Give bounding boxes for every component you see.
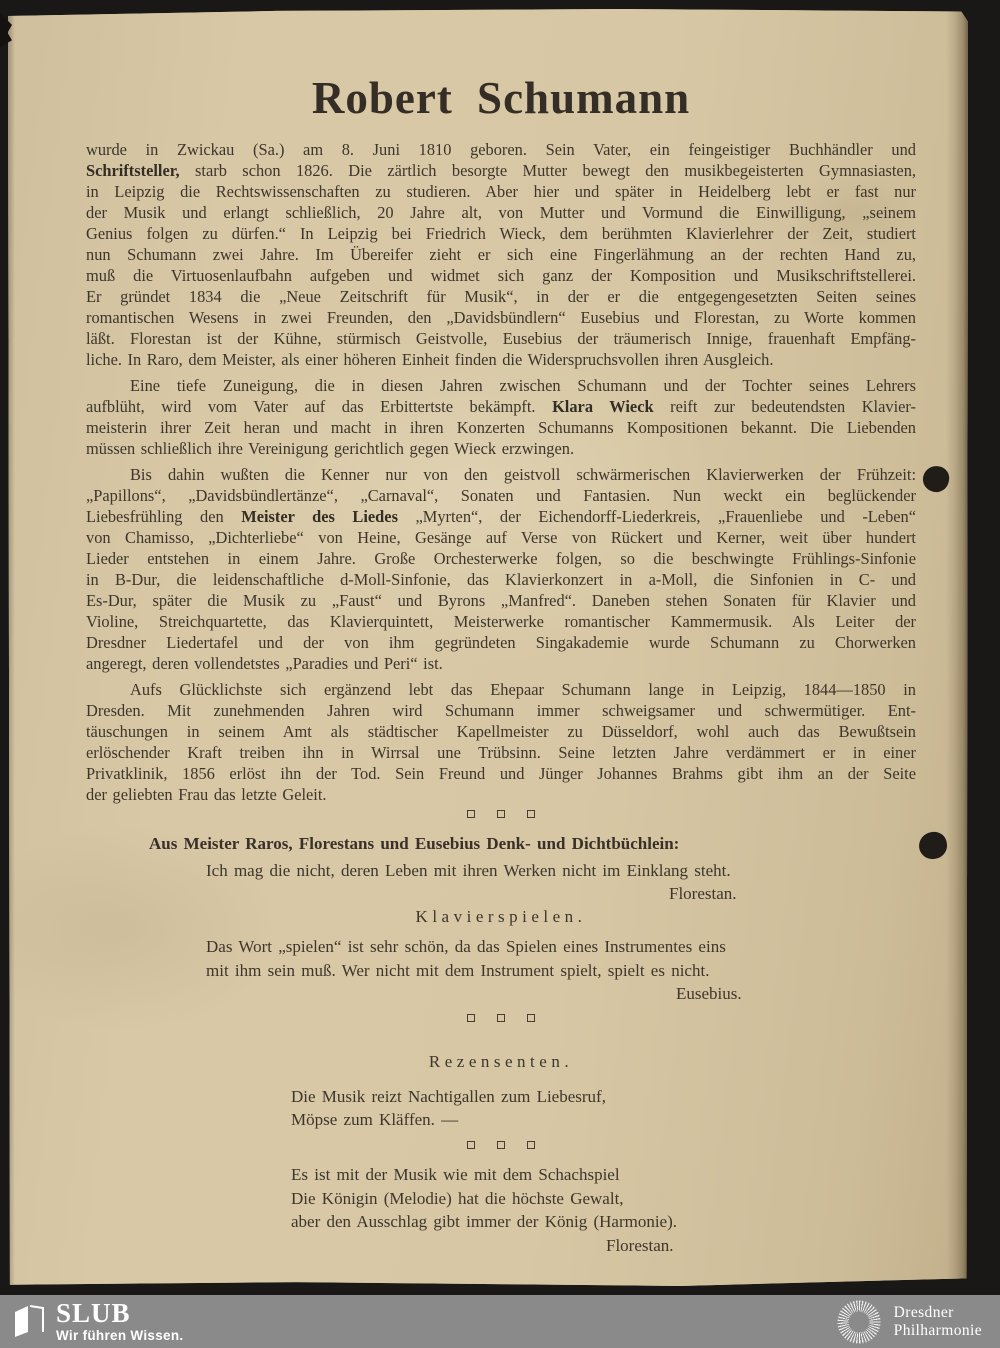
dresdner-philharmonie-logo: Dresdner Philharmonie [836, 1299, 982, 1345]
text-line: Möpse zum Kläffen. — [291, 1109, 916, 1132]
aphorisms-heading: Aus Meister Raros, Florestans und Eusebi… [149, 833, 916, 855]
quote-attribution: Florestan. [669, 883, 916, 905]
open-book-icon [14, 1303, 44, 1337]
squares-divider-ornament [86, 1013, 916, 1023]
page-content: Robert Schumann wurde in Zwickau (Sa.) a… [8, 73, 968, 1257]
quote: Das Wort „spielen“ ist sehr schön, da da… [206, 935, 916, 982]
slub-name: SLUB [56, 1300, 183, 1326]
text-line: romantischen Wesens in zwei Freunden, de… [86, 307, 916, 328]
quote-attribution: Eusebius. [676, 983, 916, 1005]
text-line: muß die Virtuosenlaufbahn aufgeben und w… [86, 265, 916, 286]
text-line: Dresdner Liedertafel und der von ihm geg… [86, 632, 916, 653]
biography-text: wurde in Zwickau (Sa.) am 8. Juni 1810 g… [86, 139, 916, 805]
dresdner-philharmonie-wordmark: Dresdner Philharmonie [894, 1304, 982, 1339]
paragraph: Eine tiefe Zuneigung, die in diesen Jahr… [86, 375, 916, 459]
text-line: Ich mag die nicht, deren Leben mit ihren… [206, 860, 916, 882]
paragraph: Bis dahin wußten die Kenner nur von den … [86, 464, 916, 674]
text-line: Die Königin (Melodie) hat die höchste Ge… [291, 1187, 916, 1211]
text-line: Bis dahin wußten die Kenner nur von den … [86, 464, 916, 485]
text-line: Es ist mit der Musik wie mit dem Schachs… [291, 1163, 916, 1187]
slub-tagline: Wir führen Wissen. [56, 1328, 183, 1344]
quote: Die Musik reizt Nachtigallen zum Liebesr… [291, 1086, 916, 1131]
sub-heading: Rezensenten. [86, 1051, 916, 1073]
text-line: Violine, Streichquartette, das Klavierqu… [86, 611, 916, 632]
text-line: in B-Dur, die leidenschaftliche d-Moll-S… [86, 569, 916, 590]
squares-divider-ornament [86, 1140, 916, 1150]
squares-divider-ornament [86, 809, 916, 819]
text-line: Es-Dur, später die Musik zu „Faust“ und … [86, 590, 916, 611]
text-line: Eine tiefe Zuneigung, die in diesen Jahr… [86, 375, 916, 396]
square-icon [467, 1141, 475, 1149]
text-line: Das Wort „spielen“ ist sehr schön, da da… [206, 935, 916, 959]
text-line: aufblüht, wird vom Vater auf das Erbitte… [86, 396, 916, 417]
square-icon [467, 810, 475, 818]
text-line: erlöschender Kraft treiben ihn in Wirrsa… [86, 742, 916, 763]
text-line: „Papillons“, „Davidsbündlertänze“, „Carn… [86, 485, 916, 506]
text-line: Die Musik reizt Nachtigallen zum Liebesr… [291, 1086, 916, 1109]
square-icon [527, 1141, 535, 1149]
text-line: Privatklinik, 1856 erlöst ihn der Tod. S… [86, 763, 916, 784]
paragraph: wurde in Zwickau (Sa.) am 8. Juni 1810 g… [86, 139, 916, 370]
text-line: angeregt, deren vollendetstes „Paradies … [86, 653, 916, 674]
text-line: mit ihm sein muß. Wer nicht mit dem Inst… [206, 959, 916, 983]
text-line: in Leipzig die Rechtswissenschaften zu s… [86, 181, 916, 202]
slub-logo: SLUB Wir führen Wissen. [14, 1300, 183, 1344]
text-line: von Chamisso, „Dichterliebe“ von Heine, … [86, 527, 916, 548]
text-line: Er gründet 1834 die „Neue Zeitschrift fü… [86, 286, 916, 307]
text-line: läßt. Florestan ist der Kühne, stürmisch… [86, 328, 916, 349]
slub-wordmark: SLUB Wir führen Wissen. [56, 1300, 183, 1344]
sunburst-icon [836, 1299, 882, 1345]
square-icon [467, 1014, 475, 1022]
square-icon [527, 810, 535, 818]
scanned-page-viewer: Robert Schumann wurde in Zwickau (Sa.) a… [0, 0, 1000, 1348]
quote: Es ist mit der Musik wie mit dem Schachs… [291, 1163, 916, 1234]
text-line: liche. In Raro, dem Meister, als einer h… [86, 349, 916, 370]
text-line: täuschungen in seinem Amt als städtische… [86, 721, 916, 742]
text-line: aber den Ausschlag gibt immer der König … [291, 1210, 916, 1234]
text-line: Liebesfrühling den Meister des Liedes „M… [86, 506, 916, 527]
text-line: Aufs Glücklichste sich ergänzend lebt da… [86, 679, 916, 700]
text-line: der Musik und erlangt schließlich, 20 Ja… [86, 202, 916, 223]
dp-line2: Philharmonie [894, 1322, 982, 1340]
quote-attribution: Florestan. [606, 1235, 916, 1257]
square-icon [497, 1141, 505, 1149]
text-line: Dresden. Mit zunehmenden Jahren wird Sch… [86, 700, 916, 721]
square-icon [497, 1014, 505, 1022]
square-icon [527, 1014, 535, 1022]
quote: Ich mag die nicht, deren Leben mit ihren… [206, 860, 916, 882]
document-title: Robert Schumann [86, 73, 916, 123]
text-line: der geliebten Frau das letzte Geleit. [86, 784, 916, 805]
text-line: meisterin ihrer Zeit heran und macht in … [86, 417, 916, 438]
text-line: Schriftsteller, starb schon 1826. Die zä… [86, 160, 916, 181]
text-line: nun Schumann zwei Jahre. Im Übereifer zi… [86, 244, 916, 265]
text-line: Genius folgen zu dürfen.“ In Leipzig bei… [86, 223, 916, 244]
dp-line1: Dresdner [894, 1304, 982, 1322]
square-icon [497, 810, 505, 818]
document-page: Robert Schumann wurde in Zwickau (Sa.) a… [8, 9, 968, 1286]
text-line: wurde in Zwickau (Sa.) am 8. Juni 1810 g… [86, 139, 916, 160]
aphorisms-section: Aus Meister Raros, Florestans und Eusebi… [86, 809, 916, 1257]
viewer-footer: SLUB Wir führen Wissen. Dresdner Philhar… [0, 1295, 1000, 1348]
text-line: Lieder entstehen in einem Jahre. Große O… [86, 548, 916, 569]
sub-heading: Klavierspielen. [86, 906, 916, 928]
paragraph: Aufs Glücklichste sich ergänzend lebt da… [86, 679, 916, 805]
text-line: müssen schließlich ihre Vereinigung geri… [86, 438, 916, 459]
